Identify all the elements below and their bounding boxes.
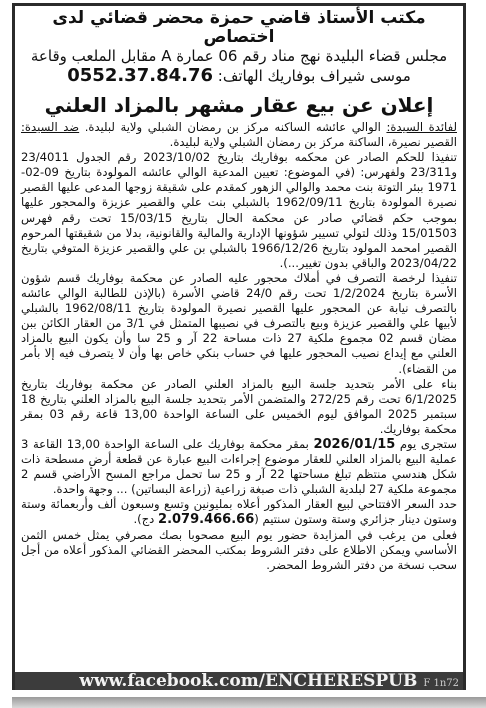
office-name: مكتب الأستاذ قاضي حمزة محضر قضائي لدى اخ… [21, 9, 457, 47]
notice-title: إعلان عن بيع عقار مشهر بالمزاد العلني [21, 92, 457, 118]
bidders-paragraph: فعلى من يرغب في المزايدة حضور يوم البيع … [21, 528, 457, 573]
parties-paragraph: لفائدة السيدة: الوالي عائشه الساكنه مركز… [21, 120, 457, 150]
auction-paragraph: ستجرى يوم 2026/01/15 بمقر محكمة بوفاريك … [21, 437, 457, 497]
price-paragraph: حدد السعر الافتتاحي لبيع العقار المذكور … [21, 497, 457, 527]
price-suffix: دج). [133, 512, 158, 526]
address-phone-prefix: موسى شيراف بوفاريك الهاتف: [218, 67, 411, 85]
notice-content: مكتب الأستاذ قاضي حمزة محضر قضائي لدى اخ… [15, 6, 463, 672]
page-edge-strip [12, 697, 486, 708]
notice-frame: مكتب الأستاذ قاضي حمزة محضر قضائي لدى اخ… [12, 3, 466, 690]
footer-bar: www.facebook.com/ENCHERESPUBF 1n72 [15, 672, 463, 690]
opening-price: 2.079.466.66 [158, 512, 254, 527]
session-order-paragraph: بناء على الأمر بتحديد جلسة البيع بالمزاد… [21, 377, 457, 437]
defendant-text: القصير نصيرة، الساكنة مركز بن رمضان الشب… [170, 135, 457, 149]
phone-number: 0552.37.84.76 [67, 65, 213, 86]
auction-prefix: ستجرى يوم [395, 437, 457, 451]
plaintiff-text: الوالي عائشه الساكنه مركز بن رمضان الشبل… [79, 120, 386, 134]
judgment-paragraph: تنفيذا للحكم الصادر عن محكمه بوفاريك بتا… [21, 150, 457, 271]
auction-date: 2026/01/15 [313, 437, 395, 452]
ad-code: F 1n72 [423, 678, 459, 689]
office-address-phone: موسى شيراف بوفاريك الهاتف: 0552.37.84.76 [21, 66, 457, 86]
office-address: مجلس قضاء البليدة نهج مناد رقم 06 عمارة … [21, 47, 457, 66]
license-paragraph: تنفيذا لرخصة التصرف في أملاك محجور عليه … [21, 271, 457, 377]
facebook-url[interactable]: www.facebook.com/ENCHERESPUB [79, 671, 417, 691]
plaintiff-label: لفائدة السيدة: [386, 120, 457, 134]
defendant-label: ضد السيدة: [21, 120, 79, 134]
bailiff-header: مكتب الأستاذ قاضي حمزة محضر قضائي لدى اخ… [21, 9, 457, 86]
